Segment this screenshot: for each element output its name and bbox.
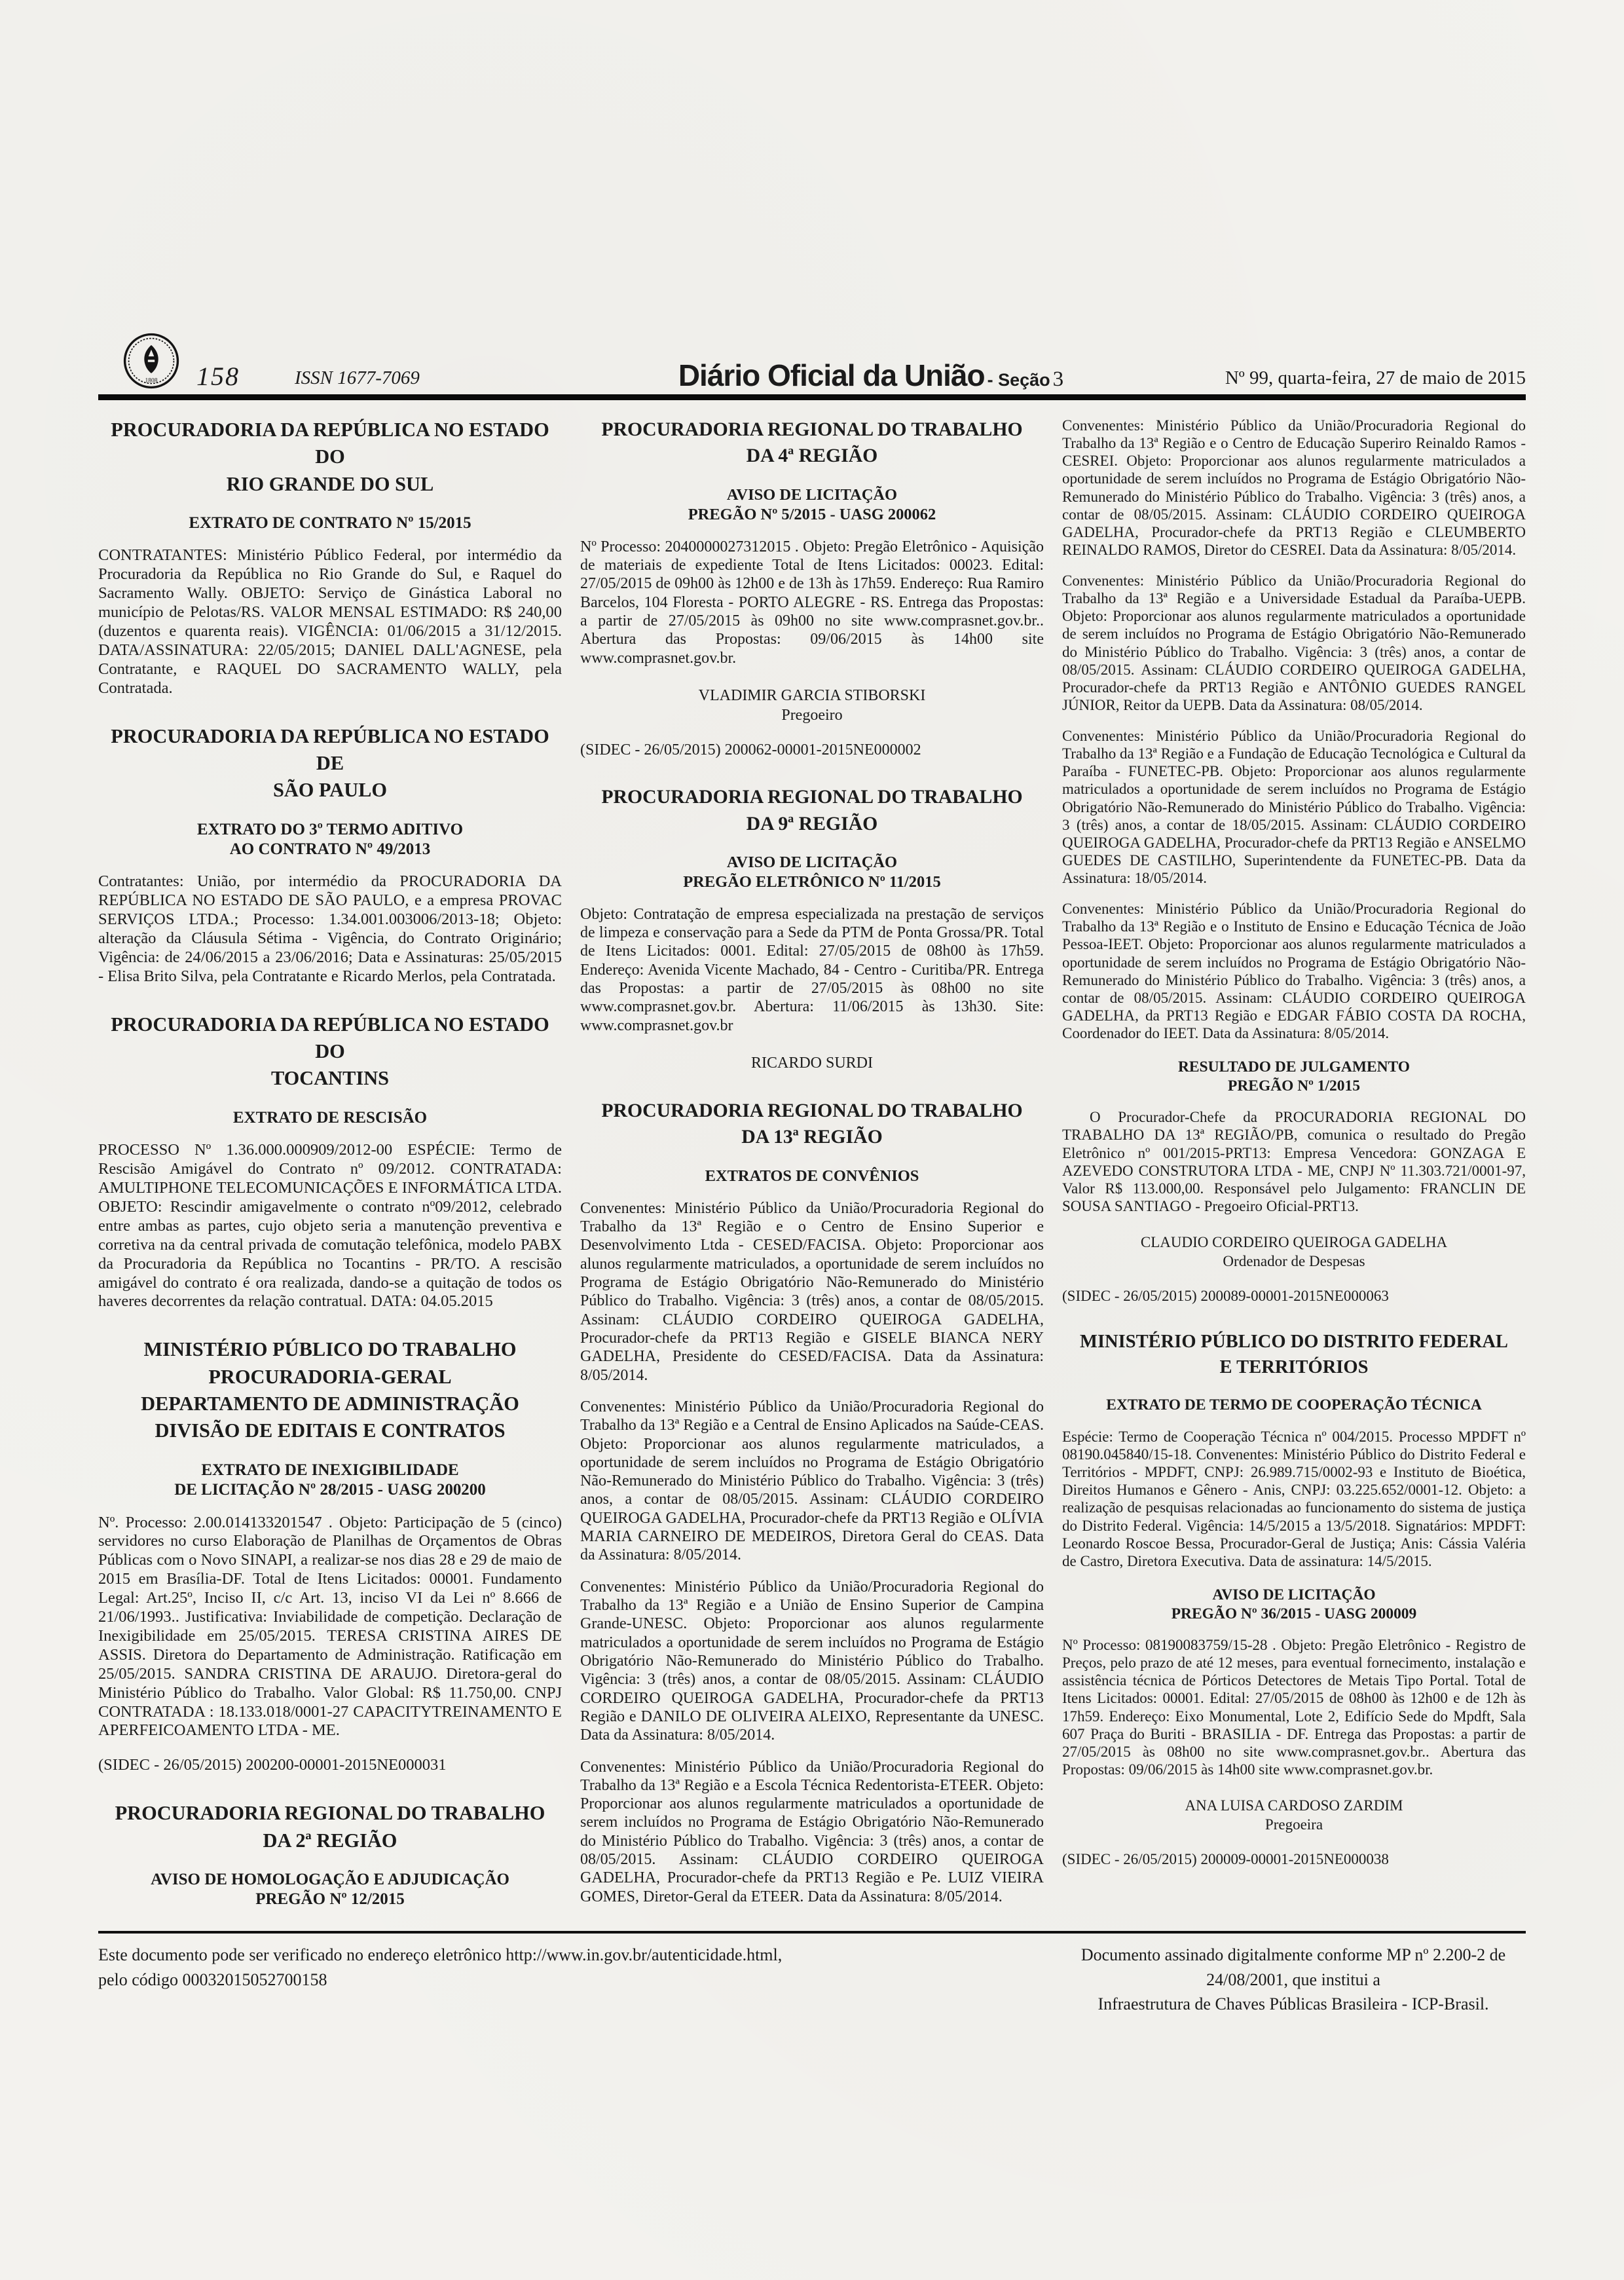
signature: RICARDO SURDI (580, 1053, 1044, 1073)
edition-date: Nº 99, quarta-feira, 27 de maio de 2015 (1225, 367, 1526, 389)
notice-title: AVISO DE LICITAÇÃO PREGÃO ELETRÔNICO Nº … (580, 853, 1044, 892)
masthead-title: Diário Oficial da União (678, 358, 985, 392)
signature: VLADIMIR GARCIA STIBORSKIPregoeiro (580, 686, 1044, 725)
convenio-paragraph: Convenentes: Ministério Público da União… (580, 1758, 1044, 1907)
column-2: PROCURADORIA REGIONAL DO TRABALHO DA 4ª … (580, 414, 1044, 1915)
notice-title: AVISO DE LICITAÇÃO PREGÃO Nº 36/2015 - U… (1062, 1586, 1526, 1623)
masthead-section-number: 3 (1053, 367, 1064, 391)
notice-title: EXTRATO DE TERMO DE COOPERAÇÃO TÉCNICA (1062, 1396, 1526, 1415)
extract-paragraph: Nº Processo: 2040000027312015 . Objeto: … (580, 538, 1044, 667)
extract-paragraph: Contratantes: União, por intermédio da P… (98, 872, 562, 986)
footer-verification-note: Este documento pode ser verificado no en… (98, 1943, 917, 1992)
masthead-section-label: - Seção (987, 370, 1050, 390)
signature: ANA LUISA CARDOSO ZARDIMPregoeira (1062, 1797, 1526, 1835)
footer-signature-line1: Documento assinado digitalmente conforme… (1048, 1943, 1539, 1992)
sidec-reference: (SIDEC - 26/05/2015) 200062-00001-2015NE… (580, 741, 1044, 759)
signature-name: ANA LUISA CARDOSO ZARDIM (1062, 1797, 1526, 1816)
agency-heading: PROCURADORIA REGIONAL DO TRABALHO DA 9ª … (580, 784, 1044, 837)
signature-role: Pregoeiro (580, 705, 1044, 725)
agency-heading: PROCURADORIA REGIONAL DO TRABALHO DA 2ª … (98, 1800, 562, 1854)
notice-title: EXTRATO DO 3º TERMO ADITIVO AO CONTRATO … (98, 820, 562, 860)
sidec-reference: (SIDEC - 26/05/2015) 200089-00001-2015NE… (1062, 1287, 1526, 1305)
agency-heading: PROCURADORIA DA REPÚBLICA NO ESTADO DO T… (98, 1011, 562, 1093)
notice-title: EXTRATOS DE CONVÊNIOS (580, 1167, 1044, 1186)
gazette-page: 1808 158 ISSN 1677-7069 Diário Oficial d… (0, 0, 1624, 2280)
sidec-reference: (SIDEC - 26/05/2015) 200200-00001-2015NE… (98, 1756, 562, 1775)
signature-role: Ordenador de Despesas (1062, 1252, 1526, 1271)
footer-verification-line1: Este documento pode ser verificado no en… (98, 1943, 917, 1968)
footer-rule (98, 1931, 1526, 1934)
notice-title: AVISO DE HOMOLOGAÇÃO E ADJUDICAÇÃO PREGÃ… (98, 1870, 562, 1910)
agency-heading: PROCURADORIA REGIONAL DO TRABALHO DA 13ª… (580, 1098, 1044, 1151)
convenio-paragraph: Convenentes: Ministério Público da União… (580, 1199, 1044, 1385)
sidec-reference: (SIDEC - 26/05/2015) 200009-00001-2015NE… (1062, 1850, 1526, 1868)
masthead: Diário Oficial da União - Seção 3 (609, 358, 1133, 393)
convenio-paragraph: Convenentes: Ministério Público da União… (1062, 900, 1526, 1042)
page-header: 1808 158 ISSN 1677-7069 Diário Oficial d… (98, 341, 1526, 393)
agency-heading: PROCURADORIA DA REPÚBLICA NO ESTADO DO R… (98, 417, 562, 498)
footer-signature-line2: Infraestrutura de Chaves Públicas Brasil… (1048, 1992, 1539, 2017)
extract-paragraph: Objeto: Contratação de empresa especiali… (580, 905, 1044, 1035)
convenio-paragraph: Convenentes: Ministério Público da União… (580, 1398, 1044, 1565)
footer-verification-line2: pelo código 00032015052700158 (98, 1968, 917, 1992)
header-rule (98, 394, 1526, 400)
extract-paragraph: CONTRATANTES: Ministério Público Federal… (98, 546, 562, 698)
notice-title: EXTRATO DE RESCISÃO (98, 1108, 562, 1128)
signature-name: CLAUDIO CORDEIRO QUEIROGA GADELHA (1062, 1233, 1526, 1252)
signature-role: Pregoeira (1062, 1816, 1526, 1835)
signature-name: RICARDO SURDI (580, 1053, 1044, 1073)
notice-title: EXTRATO DE CONTRATO Nº 15/2015 (98, 514, 562, 533)
column-1: PROCURADORIA DA REPÚBLICA NO ESTADO DO R… (98, 414, 562, 1915)
issn-label: ISSN 1677-7069 (295, 367, 420, 389)
notice-title: RESULTADO DE JULGAMENTO PREGÃO Nº 1/2015 (1062, 1058, 1526, 1095)
extract-paragraph: O Procurador-Chefe da PROCURADORIA REGIO… (1062, 1108, 1526, 1215)
extract-paragraph: PROCESSO Nº 1.36.000.000909/2012-00 ESPÉ… (98, 1141, 562, 1311)
imprensa-nacional-logo: 1808 (123, 333, 179, 389)
extract-paragraph: Nº Processo: 08190083759/15-28 . Objeto:… (1062, 1636, 1526, 1778)
page-number: 158 (196, 361, 240, 392)
column-3: Convenentes: Ministério Público da União… (1062, 414, 1526, 1915)
convenio-paragraph: Convenentes: Ministério Público da União… (1062, 572, 1526, 714)
agency-heading: PROCURADORIA DA REPÚBLICA NO ESTADO DE S… (98, 723, 562, 804)
agency-heading: PROCURADORIA REGIONAL DO TRABALHO DA 4ª … (580, 417, 1044, 470)
notice-title: EXTRATO DE INEXIGIBILIDADE DE LICITAÇÃO … (98, 1461, 562, 1501)
agency-heading: MINISTÉRIO PÚBLICO DO DISTRITO FEDERAL E… (1062, 1330, 1526, 1381)
logo-year: 1808 (145, 378, 158, 384)
agency-heading: MINISTÉRIO PÚBLICO DO TRABALHO PROCURADO… (98, 1336, 562, 1444)
convenio-paragraph: Convenentes: Ministério Público da União… (1062, 417, 1526, 559)
convenio-paragraph: Convenentes: Ministério Público da União… (580, 1578, 1044, 1745)
signature-name: VLADIMIR GARCIA STIBORSKI (580, 686, 1044, 705)
convenio-paragraph: Convenentes: Ministério Público da União… (1062, 727, 1526, 887)
footer-signature-note: Documento assinado digitalmente conforme… (1048, 1943, 1539, 2017)
article-columns: PROCURADORIA DA REPÚBLICA NO ESTADO DO R… (98, 414, 1526, 1915)
extract-paragraph: Nº. Processo: 2.00.014133201547 . Objeto… (98, 1514, 562, 1741)
notice-title: AVISO DE LICITAÇÃO PREGÃO Nº 5/2015 - UA… (580, 485, 1044, 525)
extract-paragraph: Espécie: Termo de Cooperação Técnica nº … (1062, 1428, 1526, 1570)
signature: CLAUDIO CORDEIRO QUEIROGA GADELHAOrdenad… (1062, 1233, 1526, 1271)
